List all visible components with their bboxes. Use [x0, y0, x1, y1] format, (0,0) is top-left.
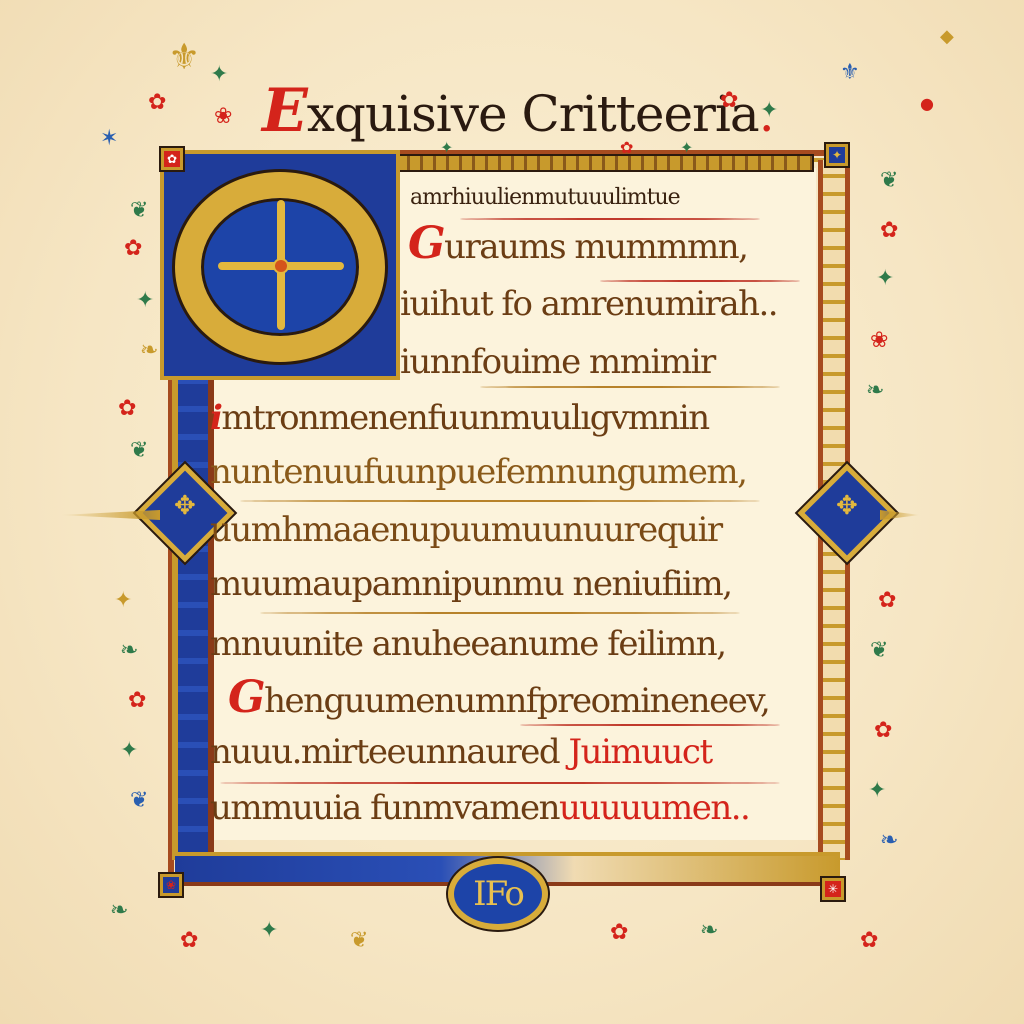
title-initial: E: [262, 76, 307, 146]
line-text: mtronmenenfuunmuulıgvmnin: [221, 398, 708, 438]
red-bud-icon: ●: [920, 96, 934, 112]
red-flower-icon: ✿: [610, 922, 628, 944]
gold-leaf-icon: ❦: [350, 930, 368, 952]
cross-center-boss: [273, 258, 289, 274]
red-flourish: [600, 280, 800, 282]
red-drop-initial: G: [408, 218, 444, 269]
line-text: uraums mummmn,: [444, 227, 747, 267]
blue-leaf-icon: ❧: [880, 830, 898, 852]
text-line-4: iunnfouime mmimir: [400, 340, 715, 384]
line-text: nuuu.mirteeunnaured: [210, 732, 568, 772]
red-flower-icon: ✿: [720, 90, 738, 112]
corner-badge-bottom-left-flower-icon: ❀: [160, 874, 182, 896]
red-flower-icon: ✿: [180, 930, 198, 952]
line-text: uumhmaaenupuumuunuurequir: [210, 510, 722, 550]
red-flourish: [520, 724, 780, 726]
text-line-3: iuihut fo amrenumirah..: [400, 282, 777, 326]
text-line-8: muumaupamnipunmu neniufiim,: [210, 562, 732, 606]
blue-leaf-icon: ⚜: [840, 62, 860, 84]
green-leaf-icon: ❧: [120, 640, 138, 662]
green-leaf-icon: ✦: [136, 290, 154, 312]
red-flower-icon: ✿: [874, 720, 892, 742]
red-flower-icon: ✿: [878, 590, 896, 612]
red-flourish: [460, 218, 760, 220]
green-leaf-icon: ✦: [760, 100, 778, 122]
text-line-6: nuntenuufuunpuefemnungumem,: [210, 450, 746, 494]
text-line-2: Guraums mummmn,: [408, 222, 747, 269]
green-leaf-icon: ❧: [866, 380, 884, 402]
red-flower-icon: ✿: [860, 930, 878, 952]
gold-leaf-icon: ✦: [114, 590, 132, 612]
page-title: Exquisive Critteeria.: [262, 76, 774, 146]
red-flower-icon: ✿: [880, 220, 898, 242]
gold-flourish: [480, 386, 780, 388]
right-diamond-spike: [880, 510, 920, 520]
line-text: muumaupamnipunmu neniufiim,: [210, 564, 732, 604]
corner-badge-bottom-right-star-icon: ✳: [822, 878, 844, 900]
red-flower-icon: ✿: [124, 238, 142, 260]
red-flower-icon: ✿: [148, 92, 166, 114]
illuminated-manuscript-page: Exquisive Critteeria. ✿ ✦ ❀ ✳ ✥ ✥ IFo am…: [0, 0, 1024, 1024]
text-line-1: amrhiuulienmutuuulimtue: [410, 176, 680, 220]
red-flower-icon: ❀: [870, 330, 888, 352]
fleur-icon: ✥: [174, 491, 196, 521]
fleur-icon: ✥: [836, 491, 858, 521]
blue-leaf-icon: ❦: [130, 790, 148, 812]
green-leaf-icon: ✦: [120, 740, 138, 762]
blue-leaf-icon: ✶: [100, 128, 118, 150]
gold-flourish: [240, 500, 760, 502]
line-text: iuihut fo amrenumirah..: [400, 284, 777, 324]
gold-flourish: [260, 612, 740, 614]
green-leaf-icon: ❦: [130, 440, 148, 462]
red-flower-icon: ✿: [128, 690, 146, 712]
green-leaf-icon: ❦: [130, 200, 148, 222]
text-line-9: mnuunite anuheeanume feilimn,: [210, 622, 726, 666]
text-line-12: ummuuia funmvamenuuuuumen..: [210, 786, 749, 830]
red-flower-icon: ✿: [118, 398, 136, 420]
red-drop-initial: i: [210, 398, 221, 438]
green-leaf-icon: ✦: [440, 140, 453, 156]
green-leaf-icon: ❧: [110, 900, 128, 922]
line-text: ummuuia funmvamen: [210, 788, 559, 828]
line-text: iunnfouime mmimir: [400, 342, 715, 382]
green-leaf-icon: ✦: [210, 64, 228, 86]
red-flower-icon: ❀: [214, 106, 232, 128]
green-leaf-icon: ❦: [880, 170, 898, 192]
line-text: nuntenuufuunpuefemnungumem,: [210, 452, 746, 492]
gold-leaf-icon: ❧: [140, 340, 158, 362]
text-line-10: Ghenguumenumnfpreomineneev,: [228, 676, 769, 723]
text-line-11: nuuu.mirteeunnaured Juimuuct: [210, 730, 712, 774]
text-line-7: uumhmaaenupuumuunuurequir: [210, 508, 722, 552]
corner-badge-top-left-flower-icon: ✿: [161, 148, 183, 170]
green-leaf-icon: ✦: [260, 920, 278, 942]
line-text: mnuunite anuheeanume feilimn,: [210, 624, 726, 664]
green-leaf-icon: ✦: [680, 140, 693, 156]
rubric-text: Juimuuct: [568, 732, 711, 772]
red-flourish: [220, 782, 780, 784]
red-flower-icon: ✿: [620, 140, 633, 156]
bottom-medallion-monogram: IFo: [448, 858, 548, 930]
line-text: henguumenumnfpreomineneev,: [264, 681, 769, 721]
line-text: amrhiuulienmutuuulimtue: [410, 185, 680, 210]
text-line-5: imtronmenenfuunmuulıgvmnin: [210, 396, 709, 440]
green-leaf-icon: ❦: [870, 640, 888, 662]
green-leaf-icon: ✦: [868, 780, 886, 802]
green-leaf-icon: ✦: [876, 268, 894, 290]
left-border-bar: [172, 300, 214, 860]
corner-badge-top-right-star-icon: ✦: [826, 144, 848, 166]
gold-spear-tip-icon: ◆: [940, 28, 954, 46]
rubric-text: uuuuumen..: [559, 788, 749, 828]
fleur-de-lis-icon: ⚜: [168, 40, 200, 76]
title-text: xquisive Critteeria: [307, 85, 759, 143]
red-drop-initial: G: [228, 672, 264, 723]
left-diamond-spike: [60, 510, 160, 520]
green-leaf-icon: ❧: [700, 920, 718, 942]
